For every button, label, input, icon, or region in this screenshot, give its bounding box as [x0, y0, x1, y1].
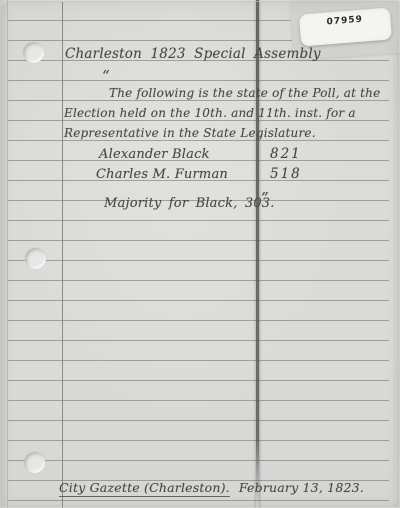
citation-date: February 13, 1823.	[239, 480, 364, 495]
scanned-notebook-page: 07959 Charleston 1823 Special Assembly “…	[0, 0, 400, 508]
citation-line: City Gazette (Charleston).February 13, 1…	[59, 480, 364, 495]
margin-line	[62, 2, 63, 508]
punch-hole-top	[23, 42, 44, 63]
citation-source: City Gazette (Charleston).	[59, 480, 230, 497]
open-quote-mark: “	[102, 67, 110, 85]
body-line-3: Representative in the State Legislature.	[64, 126, 316, 140]
candidate-votes: 821	[270, 146, 302, 162]
ruled-lines	[8, 1, 389, 508]
page-left-edge	[0, 0, 8, 508]
close-quote-mark: ”	[261, 189, 269, 207]
body-line-2: Election held on the 10th. and 11th. ins…	[64, 106, 356, 120]
candidate-votes: 518	[270, 166, 302, 182]
note-title: Charleston 1823 Special Assembly	[65, 46, 321, 62]
majority-line: Majority for Black, 303.	[104, 196, 275, 211]
page-right-edge	[391, 0, 400, 508]
punch-hole-bottom	[24, 452, 45, 473]
candidate-name: Alexander Black	[99, 147, 210, 162]
body-line-1: The following is the state of the Poll, …	[109, 86, 380, 100]
punch-hole-middle	[25, 248, 46, 269]
candidate-name: Charles M. Furman	[96, 167, 228, 182]
page-crease	[256, 0, 259, 508]
catalog-number: 07959	[327, 15, 363, 28]
